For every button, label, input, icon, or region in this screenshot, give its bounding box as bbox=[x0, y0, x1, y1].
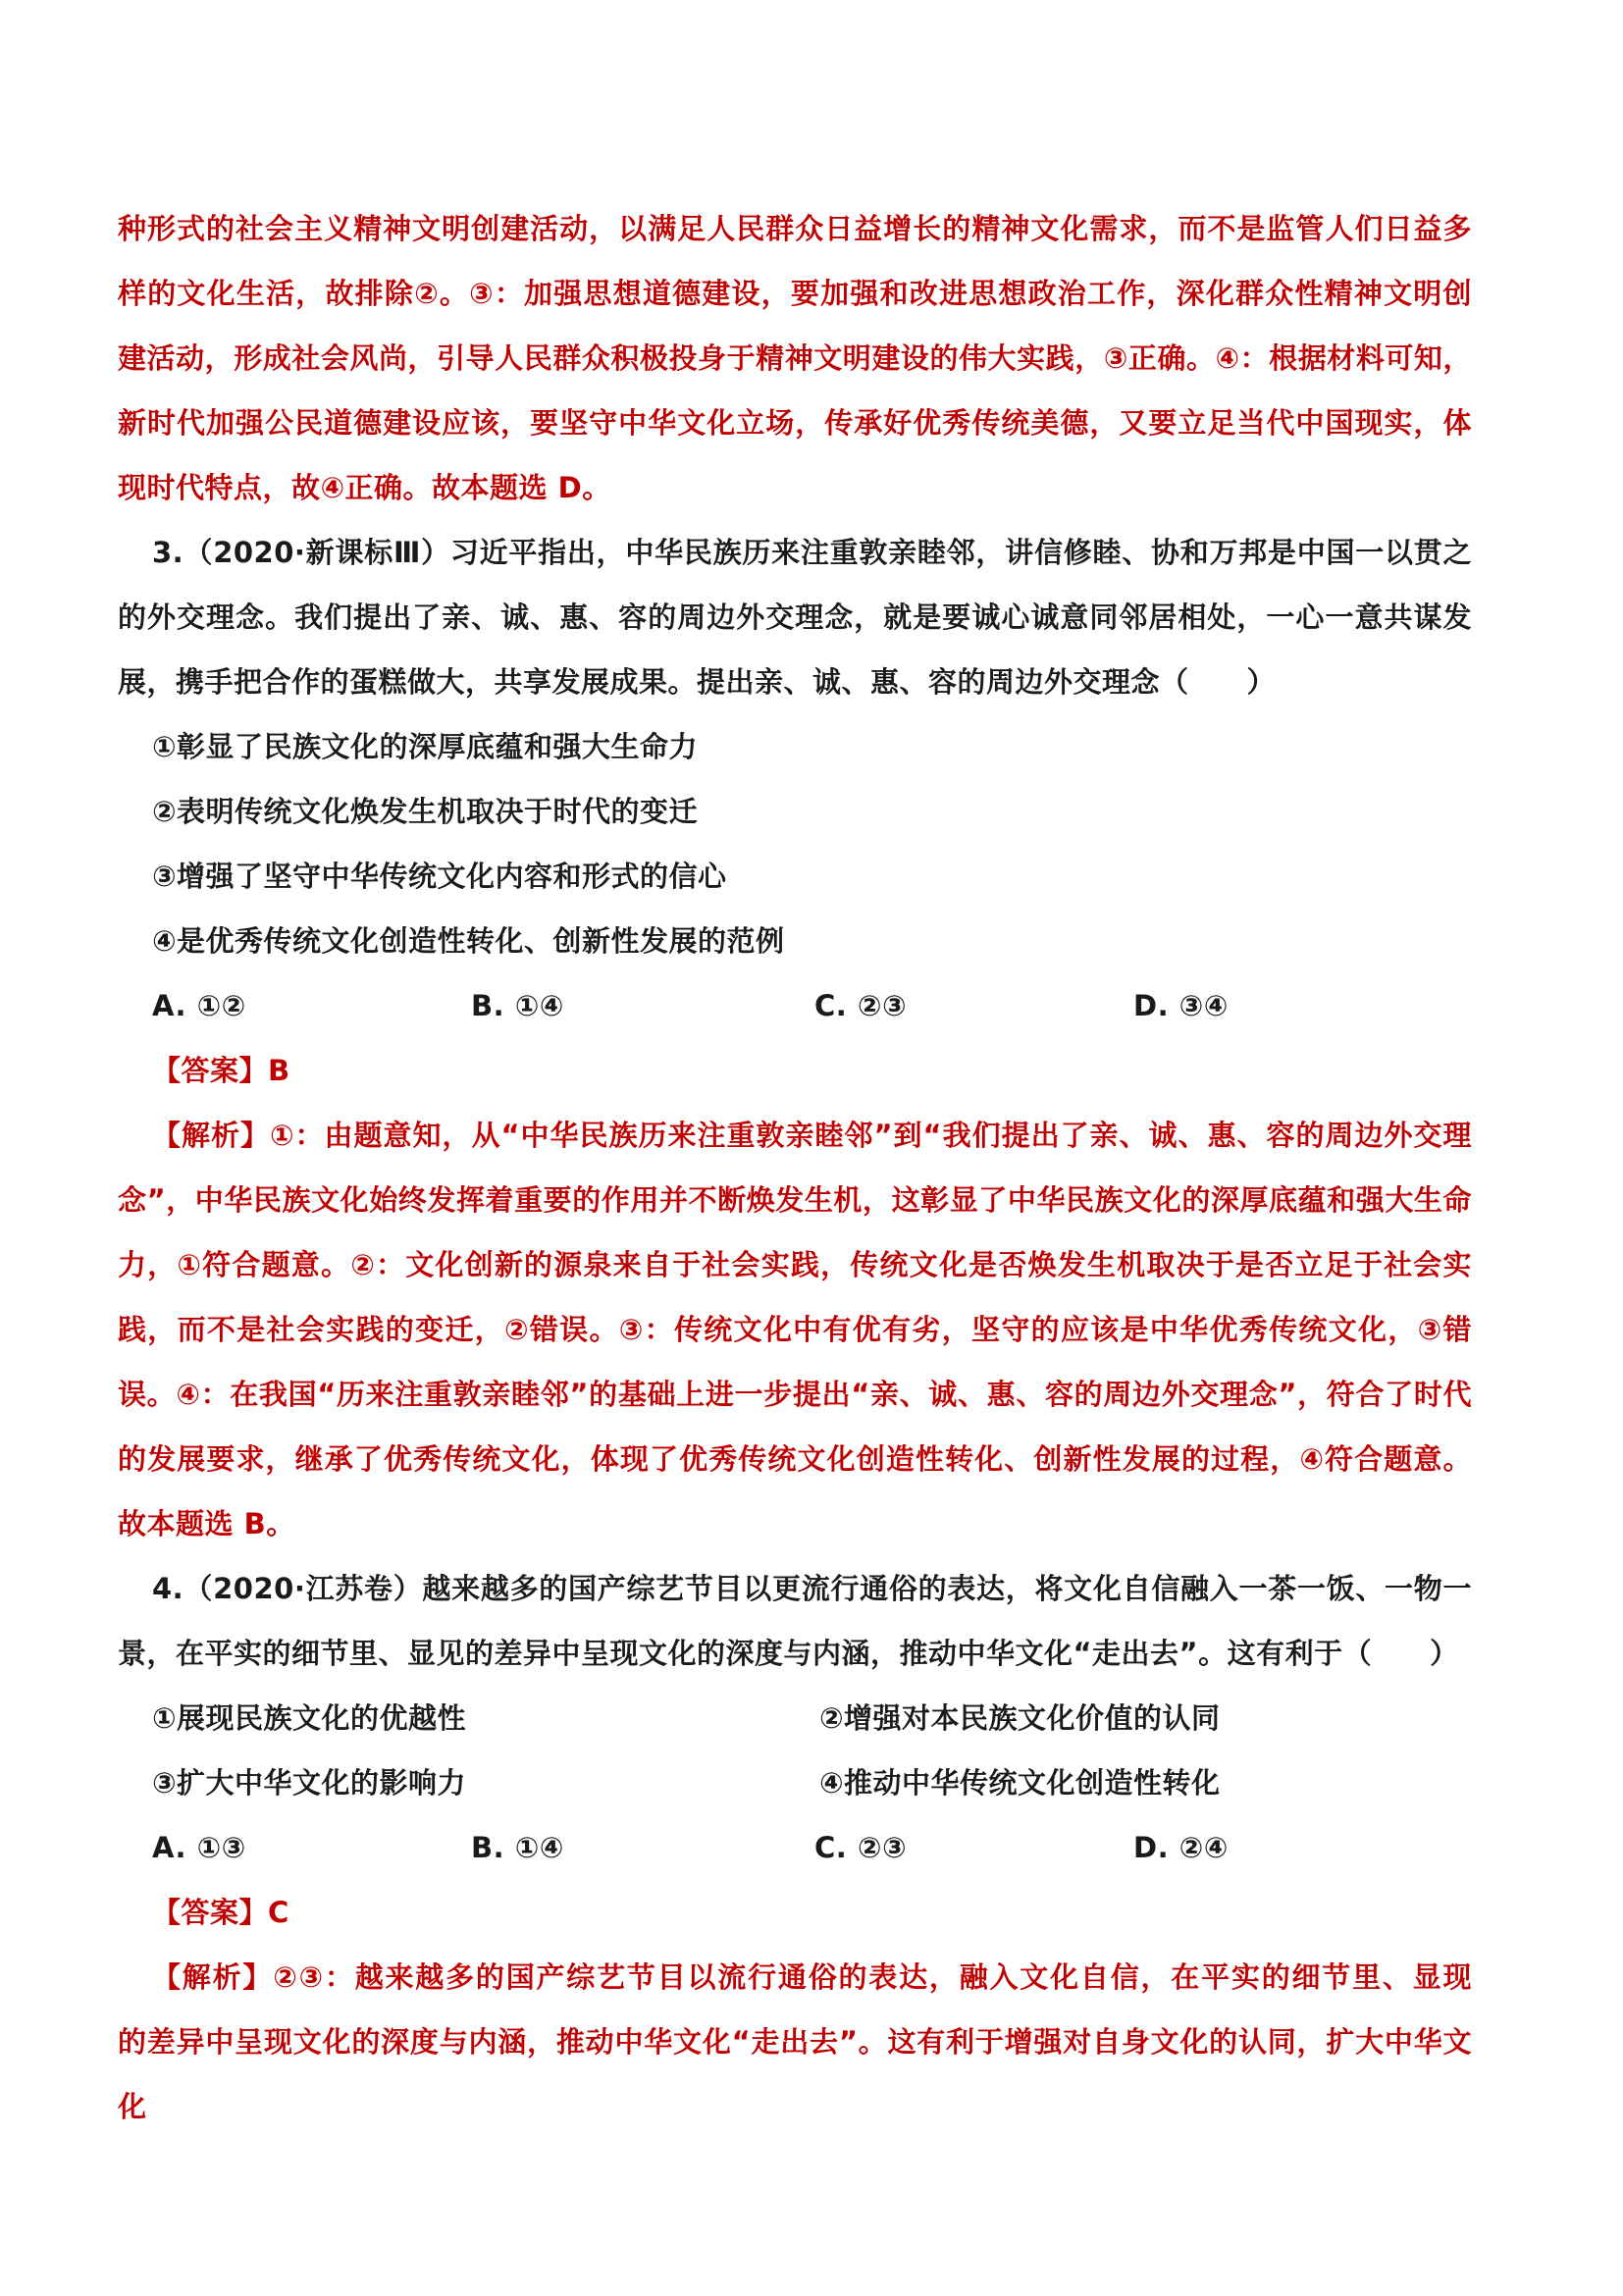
document-body: 种形式的社会主义精神文明创建活动，以满足人民群众日益增长的精神文化需求，而不是监… bbox=[118, 196, 1472, 2074]
text-line: 的外交理念。我们提出了亲、诚、惠、容的周边外交理念，就是要诚心诚意同邻居相处，一… bbox=[118, 585, 1472, 650]
numbered-option: ④推动中华传统文化创造性转化 bbox=[819, 1750, 1221, 1815]
text-line: ①彰显了民族文化的深厚底蕴和强大生命力 bbox=[118, 714, 1472, 779]
text-line: 4.（2020·江苏卷）越来越多的国产综艺节目以更流行通俗的表达，将文化自信融入… bbox=[118, 1556, 1472, 1621]
text-line: 践，而不是社会实践的变迁，②错误。③：传统文化中有优有劣，坚守的应该是中华优秀传… bbox=[118, 1297, 1472, 1362]
text-line: 的差异中呈现文化的深度与内涵，推动中华文化“走出去”。这有利于增强对自身文化的认… bbox=[118, 2009, 1472, 2074]
choices-row: A. ①③B. ①④C. ②③D. ②④ bbox=[118, 1815, 1472, 1880]
text-line: 建活动，形成社会风尚，引导人民群众积极投身于精神文明建设的伟大实践，③正确。④：… bbox=[118, 326, 1472, 391]
choice-option: D. ②④ bbox=[1133, 1815, 1229, 1880]
text-line: 展，携手把合作的蛋糕做大，共享发展成果。提出亲、诚、惠、容的周边外交理念（ ） bbox=[118, 650, 1472, 714]
numbered-option: ③扩大中华文化的影响力 bbox=[152, 1750, 466, 1815]
text-line: ②表明传统文化焕发生机取决于时代的变迁 bbox=[118, 779, 1472, 844]
text-line: 的发展要求，继承了优秀传统文化，体现了优秀传统文化创造性转化、创新性发展的过程，… bbox=[118, 1427, 1472, 1491]
choice-option: A. ①③ bbox=[152, 1815, 246, 1880]
text-line: ④是优秀传统文化创造性转化、创新性发展的范例 bbox=[118, 909, 1472, 973]
text-line: 样的文化生活，故排除②。③：加强思想道德建设，要加强和改进思想政治工作，深化群众… bbox=[118, 261, 1472, 326]
text-line: 景，在平实的细节里、显见的差异中呈现文化的深度与内涵，推动中华文化“走出去”。这… bbox=[118, 1621, 1472, 1686]
text-line: 种形式的社会主义精神文明创建活动，以满足人民群众日益增长的精神文化需求，而不是监… bbox=[118, 196, 1472, 261]
choice-option: D. ③④ bbox=[1133, 973, 1229, 1038]
text-line: ③增强了坚守中华传统文化内容和形式的信心 bbox=[118, 844, 1472, 909]
text-line: 3.（2020·新课标Ⅲ）习近平指出，中华民族历来注重敦亲睦邻，讲信修睦、协和万… bbox=[118, 520, 1472, 585]
choice-option: C. ②③ bbox=[814, 1815, 907, 1880]
text-line: 现时代特点，故④正确。故本题选 D。 bbox=[118, 455, 1472, 520]
choices-row: A. ①②B. ①④C. ②③D. ③④ bbox=[118, 973, 1472, 1038]
text-line: 误。④：在我国“历来注重敦亲睦邻”的基础上进一步提出“亲、诚、惠、容的周边外交理… bbox=[118, 1362, 1472, 1427]
analysis-line: 【解析】②③：越来越多的国产综艺节目以流行通俗的表达，融入文化自信，在平实的细节… bbox=[118, 1945, 1472, 2009]
choice-option: C. ②③ bbox=[814, 973, 907, 1038]
analysis-line: 【解析】①：由题意知，从“中华民族历来注重敦亲睦邻”到“我们提出了亲、诚、惠、容… bbox=[118, 1103, 1472, 1168]
answer-line: 【答案】B bbox=[118, 1038, 1472, 1103]
choice-option: A. ①② bbox=[152, 973, 246, 1038]
text-line: 新时代加强公民道德建设应该，要坚守中华文化立场，传承好优秀传统美德，又要立足当代… bbox=[118, 391, 1472, 455]
choice-option: B. ①④ bbox=[471, 973, 564, 1038]
answer-line: 【答案】C bbox=[118, 1880, 1472, 1945]
text-line: 力，①符合题意。②：文化创新的源泉来自于社会实践，传统文化是否焕发生机取决于是否… bbox=[118, 1232, 1472, 1297]
choice-option: B. ①④ bbox=[471, 1815, 564, 1880]
option-pair-row: ③扩大中华文化的影响力④推动中华传统文化创造性转化 bbox=[118, 1750, 1472, 1815]
numbered-option: ①展现民族文化的优越性 bbox=[152, 1686, 466, 1750]
numbered-option: ②增强对本民族文化价值的认同 bbox=[819, 1686, 1221, 1750]
exam-document-page: 种形式的社会主义精神文明创建活动，以满足人民群众日益增长的精神文化需求，而不是监… bbox=[0, 0, 1623, 2296]
text-line: 念”，中华民族文化始终发挥着重要的作用并不断焕发生机，这彰显了中华民族文化的深厚… bbox=[118, 1168, 1472, 1232]
option-pair-row: ①展现民族文化的优越性②增强对本民族文化价值的认同 bbox=[118, 1686, 1472, 1750]
text-line: 故本题选 B。 bbox=[118, 1491, 1472, 1556]
